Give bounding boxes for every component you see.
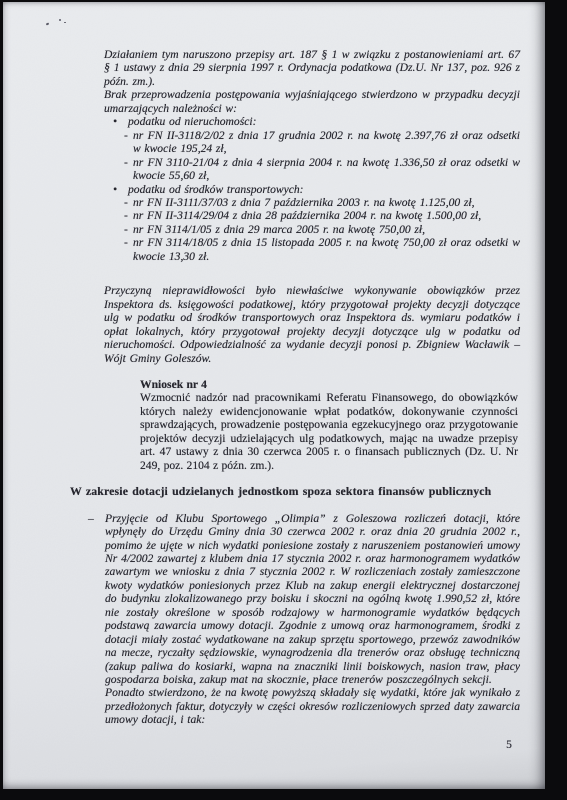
conclusion-text: Wzmocnić nadzór nad pracownikami Referat… xyxy=(140,391,518,472)
bullet-icon: • xyxy=(113,183,128,196)
decision-item: - nr FN 3110-21/04 z dnia 4 sierpnia 200… xyxy=(104,156,520,183)
decision-text: nr FN II-3118/2/02 z dnia 17 grudnia 200… xyxy=(133,129,520,156)
dash-icon: - xyxy=(124,209,133,222)
decision-text: nr FN II-3114/29/04 z dnia 28 październi… xyxy=(133,209,520,222)
dash-icon: - xyxy=(124,129,133,156)
decision-item: - nr FN 3114/1/05 z dnia 29 marca 2005 r… xyxy=(104,223,520,236)
decision-item: - nr FN II-3111/37/03 z dnia 7 październ… xyxy=(104,196,520,209)
bullet-transport-tax: • podatku od środków transportowych: xyxy=(104,183,520,196)
paragraph-invoices-before-contract: Ponadto stwierdzono, że na kwotę powyższ… xyxy=(105,686,520,726)
dash-icon: - xyxy=(124,156,133,183)
bullet-label: podatku od nieruchomości: xyxy=(128,115,520,128)
decision-item: - nr FN 3114/18/05 z dnia 15 listopada 2… xyxy=(104,236,520,263)
dash-icon: - xyxy=(124,236,133,263)
pen-mark xyxy=(64,22,66,23)
section-heading-grants: W zakresie dotacji udzielanych jednostko… xyxy=(70,485,520,498)
bullet-label: podatku od środków transportowych: xyxy=(128,183,520,196)
paper-sheet: Działaniem tym naruszono przepisy art. 1… xyxy=(3,2,545,789)
grant-finding-text: Przyjęcie od Klubu Sportowego „Olimpia” … xyxy=(105,512,520,727)
paragraph-olimpia-settlements: Przyjęcie od Klubu Sportowego „Olimpia” … xyxy=(105,512,520,687)
decision-text: nr FN 3114/18/05 z dnia 15 listopada 200… xyxy=(133,236,520,263)
paragraph-lack-of-proceedings: Brak przeprowadzenia postępowania wyjaśn… xyxy=(104,88,520,115)
scanned-page: Działaniem tym naruszono przepisy art. 1… xyxy=(0,0,567,800)
decision-item: - nr FN II-3118/2/02 z dnia 17 grudnia 2… xyxy=(104,129,520,156)
decision-text: nr FN 3110-21/04 z dnia 4 sierpnia 2004 … xyxy=(133,156,520,183)
decision-text: nr FN 3114/1/05 z dnia 29 marca 2005 r. … xyxy=(133,223,520,236)
paragraph-cause-responsibility: Przyczyną nieprawidłowości było niewłaśc… xyxy=(104,284,520,365)
conclusion-heading: Wniosek nr 4 xyxy=(140,378,518,391)
grant-finding-item: – Przyjęcie od Klubu Sportowego „Olimpia… xyxy=(88,512,520,727)
page-number: 5 xyxy=(502,739,516,751)
dash-icon: - xyxy=(124,196,133,209)
dash-icon: - xyxy=(124,223,133,236)
conclusion-block: Wniosek nr 4 Wzmocnić nadzór nad pracown… xyxy=(140,378,518,472)
pen-mark xyxy=(46,23,50,26)
decision-text: nr FN II-3111/37/03 z dnia 7 październik… xyxy=(133,196,520,209)
paragraph-legal-violation: Działaniem tym naruszono przepisy art. 1… xyxy=(104,48,520,88)
bullet-property-tax: • podatku od nieruchomości: xyxy=(104,115,520,128)
bullet-icon: • xyxy=(113,115,128,128)
decision-item: - nr FN II-3114/29/04 z dnia 28 paździer… xyxy=(104,209,520,222)
dash-icon: – xyxy=(88,512,105,727)
pen-mark xyxy=(59,19,61,21)
document-body: Działaniem tym naruszono przepisy art. 1… xyxy=(104,48,520,727)
